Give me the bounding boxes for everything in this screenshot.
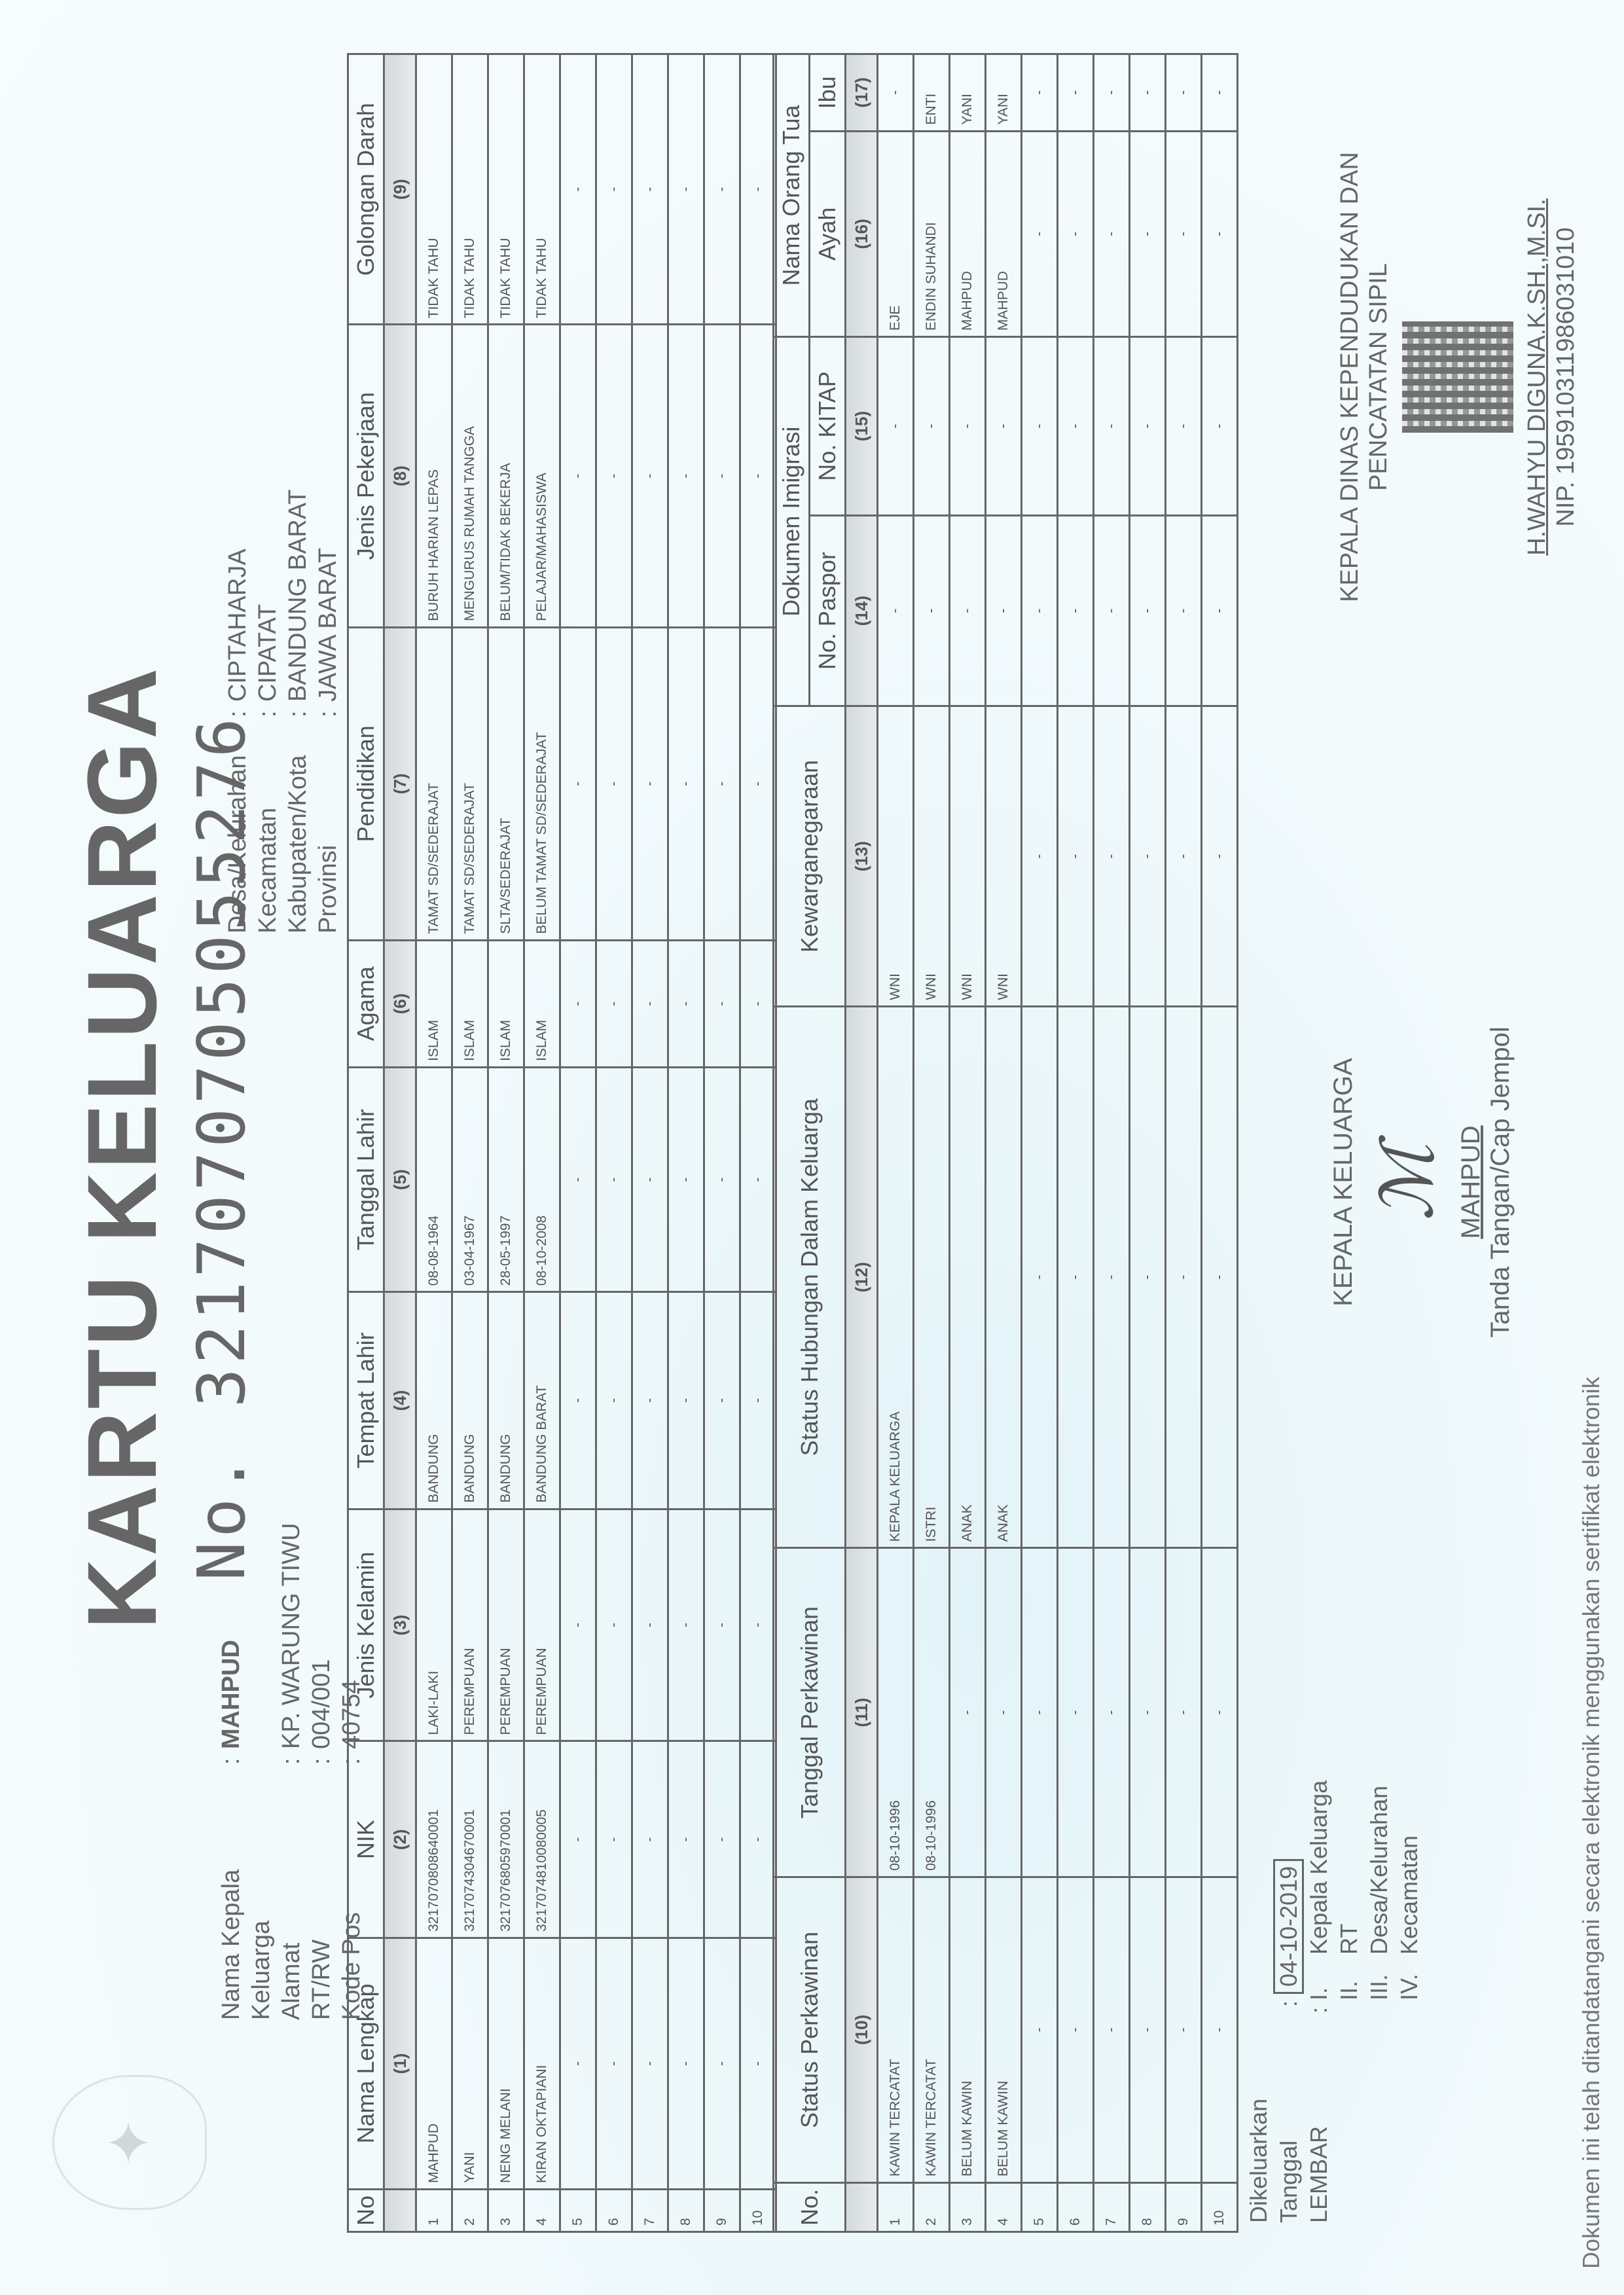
- table-cell: YANI: [950, 54, 986, 132]
- table-cell: BURUH HARIAN LEPAS: [416, 325, 452, 628]
- col-number: (3): [384, 1509, 416, 1741]
- table-cell: -: [740, 940, 776, 1067]
- table-cell: -: [668, 1509, 704, 1741]
- table-cell: PEREMPUAN: [488, 1509, 524, 1741]
- table-cell: TIDAK TAHU: [524, 54, 560, 325]
- table-cell: 2: [914, 2182, 950, 2232]
- table-cell: 10: [740, 2189, 776, 2232]
- table-cell: -: [1130, 1006, 1166, 1548]
- district: CIPATAT: [253, 604, 283, 702]
- table-cell: -: [986, 337, 1022, 516]
- table-cell: -: [1022, 131, 1058, 336]
- col-header: Tanggal Lahir: [348, 1067, 384, 1292]
- col-number: (12): [846, 1006, 878, 1548]
- table-cell: 08-10-2008: [524, 1067, 560, 1292]
- col-header: Agama: [348, 940, 384, 1067]
- table-cell: ANAK: [950, 1006, 986, 1548]
- table-row: 3NENG MELANI3217076805970001PEREMPUANBAN…: [488, 54, 524, 2232]
- table-cell: -: [1022, 1877, 1058, 2182]
- table-cell: -: [704, 54, 740, 325]
- table-cell: 3217070808640001: [416, 1741, 452, 1938]
- table-cell: ISLAM: [524, 940, 560, 1067]
- table-row: 10---------: [740, 54, 776, 2232]
- table-cell: 3: [950, 2182, 986, 2232]
- head-signature-block: KEPALA KELUARGA ℳ MAHPUD Tanda Tangan/Ca…: [1329, 953, 1515, 1411]
- table-cell: -: [596, 1938, 632, 2189]
- table-cell: -: [560, 325, 596, 628]
- table-cell: -: [560, 1067, 596, 1292]
- table-cell: -: [1202, 131, 1238, 336]
- province: JAWA BARAT: [313, 548, 343, 702]
- col-header: Nama Lengkap: [348, 1938, 384, 2189]
- table-cell: -: [1130, 54, 1166, 132]
- table-cell: -: [596, 325, 632, 628]
- table-cell: -: [1166, 337, 1202, 516]
- table-cell: -: [632, 1938, 668, 2189]
- table-cell: -: [1166, 1006, 1202, 1548]
- table-cell: -: [950, 1548, 986, 1877]
- table-row: 8--------: [1130, 54, 1166, 2232]
- table-cell: 3217074810080005: [524, 1741, 560, 1938]
- col-no: No.: [774, 2182, 846, 2232]
- table-cell: -: [632, 1509, 668, 1741]
- table-row: 10--------: [1202, 54, 1238, 2232]
- col-number: (2): [384, 1741, 416, 1938]
- col-status-hubungan: Status Hubungan Dalam Keluarga: [774, 1006, 846, 1548]
- col-number: (16): [846, 131, 878, 336]
- official-name: H.WAHYU DIGUNA.K.SH.,M.SI.: [1523, 82, 1551, 672]
- col-number: [384, 2189, 416, 2232]
- col-number: (9): [384, 54, 416, 325]
- head-of-family-name: MAHPUD: [217, 1640, 245, 1749]
- table-cell: 5: [1022, 2182, 1058, 2232]
- table-cell: -: [1022, 1006, 1058, 1548]
- issue-date: 04-10-2019: [1273, 1859, 1304, 1994]
- col-number: [846, 2182, 878, 2232]
- table-cell: PEREMPUAN: [524, 1509, 560, 1741]
- col-number: (5): [384, 1067, 416, 1292]
- table-row: 2YANI3217074304670001PEREMPUANBANDUNG03-…: [452, 54, 488, 2232]
- table-cell: -: [1202, 337, 1238, 516]
- members-table: NoNama LengkapNIKJenis KelaminTempat Lah…: [347, 53, 777, 2233]
- table-cell: -: [596, 54, 632, 325]
- table-cell: -: [1094, 1548, 1130, 1877]
- col-header: Jenis Kelamin: [348, 1509, 384, 1741]
- footer-note: Dokumen ini telah ditandatangani secara …: [1578, 1377, 1605, 2269]
- table-cell: -: [1166, 131, 1202, 336]
- table-cell: ENTI: [914, 54, 950, 132]
- table-cell: -: [632, 54, 668, 325]
- table-cell: 2: [452, 2189, 488, 2232]
- col-number: (6): [384, 940, 416, 1067]
- table-cell: WNI: [914, 706, 950, 1007]
- table-cell: -: [704, 1509, 740, 1741]
- table-cell: ENDIN SUHANDI: [914, 131, 950, 336]
- table-cell: -: [1058, 131, 1094, 336]
- regency: BANDUNG BARAT: [283, 490, 313, 702]
- table-cell: -: [740, 325, 776, 628]
- sheet-name: RT: [1335, 1924, 1362, 1955]
- qr-code-icon: [1402, 321, 1513, 433]
- table-cell: -: [1130, 131, 1166, 336]
- table-cell: -: [1022, 706, 1058, 1007]
- issue-info: Dikeluarkan Tanggal : 04-10-2019 LEMBAR:…: [1244, 1780, 1424, 2223]
- table-cell: -: [1130, 515, 1166, 706]
- col-nama-orang-tua: Nama Orang Tua: [774, 54, 810, 337]
- table-cell: 1: [416, 2189, 452, 2232]
- table-cell: -: [668, 1292, 704, 1509]
- table-row: 6---------: [596, 54, 632, 2232]
- table-cell: -: [740, 1509, 776, 1741]
- table-cell: -: [704, 627, 740, 940]
- table-cell: -: [560, 940, 596, 1067]
- table-cell: -: [740, 627, 776, 940]
- table-cell: BANDUNG: [416, 1292, 452, 1509]
- table-cell: YANI: [452, 1938, 488, 2189]
- table-cell: MENGURUS RUMAH TANGGA: [452, 325, 488, 628]
- document-title: KARTU KELUARGA: [65, 0, 179, 2295]
- col-header: NIK: [348, 1741, 384, 1938]
- col-number: (10): [846, 1877, 878, 2182]
- col-kewarganegaraan: Kewarganegaraan: [774, 706, 846, 1007]
- table-cell: -: [668, 1938, 704, 2189]
- table-cell: 4: [986, 2182, 1022, 2232]
- table-cell: -: [596, 1067, 632, 1292]
- table-cell: -: [1058, 54, 1094, 132]
- table-cell: -: [560, 627, 596, 940]
- table-cell: -: [1166, 1877, 1202, 2182]
- table-cell: -: [632, 1741, 668, 1938]
- table-cell: -: [704, 1938, 740, 2189]
- table-cell: -: [1130, 1877, 1166, 2182]
- table-cell: -: [740, 54, 776, 325]
- table-cell: -: [560, 54, 596, 325]
- table-cell: -: [950, 337, 986, 516]
- table-cell: -: [596, 1292, 632, 1509]
- table-cell: BANDUNG BARAT: [524, 1292, 560, 1509]
- table-cell: -: [668, 54, 704, 325]
- table-cell: -: [1094, 706, 1130, 1007]
- table-cell: 28-05-1997: [488, 1067, 524, 1292]
- table-cell: -: [1094, 1877, 1130, 2182]
- table-cell: PEREMPUAN: [452, 1509, 488, 1741]
- table-cell: EJE: [878, 131, 914, 336]
- table-cell: KIRAN OKTAPIANI: [524, 1938, 560, 2189]
- table-cell: ANAK: [986, 1006, 1022, 1548]
- table-cell: -: [560, 1938, 596, 2189]
- table-row: 8---------: [668, 54, 704, 2232]
- table-cell: -: [668, 940, 704, 1067]
- col-tanggal-perkawinan: Tanggal Perkawinan: [774, 1548, 846, 1877]
- sheet-num: III.: [1364, 1955, 1394, 2000]
- table-cell: SLTA/SEDERAJAT: [488, 627, 524, 940]
- table-cell: -: [668, 1067, 704, 1292]
- table-cell: -: [1022, 337, 1058, 516]
- table-row: 6--------: [1058, 54, 1094, 2232]
- table-cell: BELUM TAMAT SD/SEDERAJAT: [524, 627, 560, 940]
- sheet-item: I.Kepala Keluarga: [1304, 1780, 1334, 2000]
- table-cell: -: [632, 940, 668, 1067]
- col-no-paspor: No. Paspor: [810, 515, 846, 706]
- table-cell: -: [632, 1067, 668, 1292]
- table-cell: PELAJAR/MAHASISWA: [524, 325, 560, 628]
- table-cell: 08-10-1996: [914, 1548, 950, 1877]
- table-cell: -: [1058, 337, 1094, 516]
- table-cell: ISTRI: [914, 1006, 950, 1548]
- table-cell: -: [986, 515, 1022, 706]
- table-cell: -: [668, 325, 704, 628]
- table-cell: 4: [524, 2189, 560, 2232]
- col-header: Pendidikan: [348, 627, 384, 940]
- table-row: 1KAWIN TERCATAT08-10-1996KEPALA KELUARGA…: [878, 54, 914, 2232]
- table-cell: -: [668, 1741, 704, 1938]
- table-cell: BELUM KAWIN: [986, 1877, 1022, 2182]
- table-cell: 08-08-1964: [416, 1067, 452, 1292]
- table-cell: -: [740, 1292, 776, 1509]
- table-cell: -: [704, 1067, 740, 1292]
- table-cell: 1: [878, 2182, 914, 2232]
- table-cell: -: [668, 627, 704, 940]
- address: KP. WARUNG TIWU: [276, 1523, 306, 1749]
- signature-icon: ℳ: [1358, 953, 1456, 1411]
- family-status-table: No. Status Perkawinan Tanggal Perkawinan…: [772, 53, 1238, 2233]
- table-cell: 7: [1094, 2182, 1130, 2232]
- table-cell: 9: [1166, 2182, 1202, 2232]
- table-cell: -: [704, 940, 740, 1067]
- table-cell: -: [1202, 1877, 1238, 2182]
- table-cell: -: [632, 325, 668, 628]
- table-row: 5---------: [560, 54, 596, 2232]
- table-cell: 03-04-1967: [452, 1067, 488, 1292]
- table-cell: BELUM/TIDAK BEKERJA: [488, 325, 524, 628]
- table-cell: BANDUNG: [488, 1292, 524, 1509]
- table-cell: -: [560, 1292, 596, 1509]
- table-cell: KAWIN TERCATAT: [914, 1877, 950, 2182]
- sheet-name: Desa/Kelurahan: [1365, 1786, 1392, 1955]
- col-number: (7): [384, 627, 416, 940]
- sheet-item: III.Desa/Kelurahan: [1364, 1780, 1394, 2000]
- table-cell: -: [1022, 515, 1058, 706]
- col-number: (17): [846, 54, 878, 132]
- table-cell: -: [878, 54, 914, 132]
- table-cell: -: [1166, 706, 1202, 1007]
- table-cell: TIDAK TAHU: [488, 54, 524, 325]
- col-number: (11): [846, 1548, 878, 1877]
- table-cell: 10: [1202, 2182, 1238, 2232]
- table-cell: -: [1130, 1548, 1166, 1877]
- table-cell: WNI: [950, 706, 986, 1007]
- sheet-name: Kepala Keluarga: [1305, 1780, 1332, 1955]
- col-number: (15): [846, 337, 878, 516]
- table-row: 1MAHPUD3217070808640001LAKI-LAKIBANDUNG0…: [416, 54, 452, 2232]
- table-cell: -: [596, 627, 632, 940]
- table-cell: 6: [1058, 2182, 1094, 2232]
- col-header: No: [348, 2189, 384, 2232]
- table-row: 4KIRAN OKTAPIANI3217074810080005PEREMPUA…: [524, 54, 560, 2232]
- table-row: 4BELUM KAWIN-ANAKWNI--MAHPUDYANI: [986, 54, 1022, 2232]
- table-cell: WNI: [986, 706, 1022, 1007]
- table-cell: -: [632, 627, 668, 940]
- table-cell: LAKI-LAKI: [416, 1509, 452, 1741]
- table-cell: -: [1166, 54, 1202, 132]
- table-cell: -: [1022, 1548, 1058, 1877]
- table-row: 3BELUM KAWIN-ANAKWNI--MAHPUDYANI: [950, 54, 986, 2232]
- sheet-num: I.: [1304, 1955, 1334, 2000]
- table-cell: 8: [668, 2189, 704, 2232]
- table-cell: -: [1094, 1006, 1130, 1548]
- table-cell: -: [914, 337, 950, 516]
- table-cell: -: [950, 515, 986, 706]
- table-cell: 3217074304670001: [452, 1741, 488, 1938]
- table-cell: 08-10-1996: [878, 1548, 914, 1877]
- col-status-perkawinan: Status Perkawinan: [774, 1877, 846, 2182]
- table-row: 7---------: [632, 54, 668, 2232]
- table-cell: -: [1130, 706, 1166, 1007]
- table-cell: -: [740, 1938, 776, 2189]
- table-cell: -: [878, 337, 914, 516]
- table-cell: ISLAM: [488, 940, 524, 1067]
- table-cell: -: [1202, 1548, 1238, 1877]
- table-cell: -: [1022, 54, 1058, 132]
- table-cell: -: [1202, 1006, 1238, 1548]
- table-cell: TAMAT SD/SEDERAJAT: [452, 627, 488, 940]
- sheet-num: IV.: [1394, 1955, 1424, 2000]
- sheet-num: II.: [1334, 1955, 1364, 2000]
- table-cell: -: [1094, 515, 1130, 706]
- col-no-kitap: No. KITAP: [810, 337, 846, 516]
- table-cell: -: [1058, 706, 1094, 1007]
- table-cell: NENG MELANI: [488, 1938, 524, 2189]
- village: CIPTAHARJA: [223, 549, 253, 702]
- table-cell: BELUM KAWIN: [950, 1877, 986, 2182]
- col-header: Tempat Lahir: [348, 1292, 384, 1509]
- table-cell: KAWIN TERCATAT: [878, 1877, 914, 2182]
- table-cell: -: [740, 1067, 776, 1292]
- table-cell: BANDUNG: [452, 1292, 488, 1509]
- table-cell: -: [1058, 515, 1094, 706]
- table-cell: -: [704, 325, 740, 628]
- table-cell: ISLAM: [416, 940, 452, 1067]
- col-ibu: Ibu: [810, 54, 846, 132]
- table-cell: -: [596, 940, 632, 1067]
- header-left: Nama Kepala Keluarga:MAHPUD Alamat:KP. W…: [216, 1523, 367, 2020]
- sheet-name: Kecamatan: [1396, 1835, 1422, 1955]
- official-nip: NIP. 195910311986031010: [1551, 82, 1580, 672]
- table-cell: -: [704, 1741, 740, 1938]
- sheet-item: II.RT: [1334, 1780, 1364, 2000]
- table-row: 9--------: [1166, 54, 1202, 2232]
- table-row: 9---------: [704, 54, 740, 2232]
- table-cell: -: [1202, 706, 1238, 1007]
- col-number: (8): [384, 325, 416, 628]
- table-cell: -: [914, 515, 950, 706]
- table-cell: WNI: [878, 706, 914, 1007]
- table-cell: -: [986, 1548, 1022, 1877]
- col-header: Jenis Pekerjaan: [348, 325, 384, 628]
- table-cell: KEPALA KELUARGA: [878, 1006, 914, 1548]
- table-cell: -: [1094, 131, 1130, 336]
- col-number: (13): [846, 706, 878, 1007]
- table-cell: 3: [488, 2189, 524, 2232]
- table-cell: 3217076805970001: [488, 1741, 524, 1938]
- table-row: 2KAWIN TERCATAT08-10-1996ISTRIWNI--ENDIN…: [914, 54, 950, 2232]
- table-cell: -: [878, 515, 914, 706]
- table-cell: 5: [560, 2189, 596, 2232]
- table-cell: -: [560, 1509, 596, 1741]
- table-cell: -: [1058, 1006, 1094, 1548]
- table-row: 5--------: [1022, 54, 1058, 2232]
- table-cell: -: [1058, 1548, 1094, 1877]
- table-cell: MAHPUD: [986, 131, 1022, 336]
- table-cell: -: [704, 1292, 740, 1509]
- table-cell: 8: [1130, 2182, 1166, 2232]
- table-cell: 7: [632, 2189, 668, 2232]
- col-number: (4): [384, 1292, 416, 1509]
- table-cell: -: [1166, 1548, 1202, 1877]
- header-right: Desa/Kelurahan:CIPTAHARJA Kecamatan:CIPA…: [223, 490, 343, 933]
- table-cell: -: [1094, 54, 1130, 132]
- sheet-list: I.Kepala KeluargaII.RTIII.Desa/Kelurahan…: [1304, 1780, 1424, 2000]
- table-cell: -: [596, 1509, 632, 1741]
- table-cell: -: [596, 1741, 632, 1938]
- col-number: (1): [384, 1938, 416, 2189]
- table-row: 7--------: [1094, 54, 1130, 2232]
- col-header: Golongan Darah: [348, 54, 384, 325]
- table-cell: -: [1202, 54, 1238, 132]
- table-cell: MAHPUD: [416, 1938, 452, 2189]
- official-signature-block: KEPALA DINAS KEPENDUDUKAN DAN PENCATATAN…: [1335, 82, 1580, 672]
- rt-rw: 004/001: [306, 1659, 336, 1749]
- family-card: ✦ KARTU KELUARGA No. 3217070705055276 Na…: [0, 0, 1624, 2295]
- table-cell: -: [1058, 1877, 1094, 2182]
- table-cell: YANI: [986, 54, 1022, 132]
- col-ayah: Ayah: [810, 131, 846, 336]
- table-cell: ISLAM: [452, 940, 488, 1067]
- table-cell: -: [1130, 337, 1166, 516]
- table-cell: -: [740, 1741, 776, 1938]
- table-cell: -: [1202, 515, 1238, 706]
- col-number: (14): [846, 515, 878, 706]
- table-cell: -: [1094, 337, 1130, 516]
- table-cell: -: [560, 1741, 596, 1938]
- table-cell: TIDAK TAHU: [452, 54, 488, 325]
- col-dokumen-imigrasi: Dokumen Imigrasi: [774, 337, 810, 706]
- table-cell: TAMAT SD/SEDERAJAT: [416, 627, 452, 940]
- table-cell: 6: [596, 2189, 632, 2232]
- table-cell: 9: [704, 2189, 740, 2232]
- table-cell: -: [632, 1292, 668, 1509]
- table-cell: -: [1166, 515, 1202, 706]
- table-cell: TIDAK TAHU: [416, 54, 452, 325]
- sheet-item: IV.Kecamatan: [1394, 1780, 1424, 2000]
- table-cell: MAHPUD: [950, 131, 986, 336]
